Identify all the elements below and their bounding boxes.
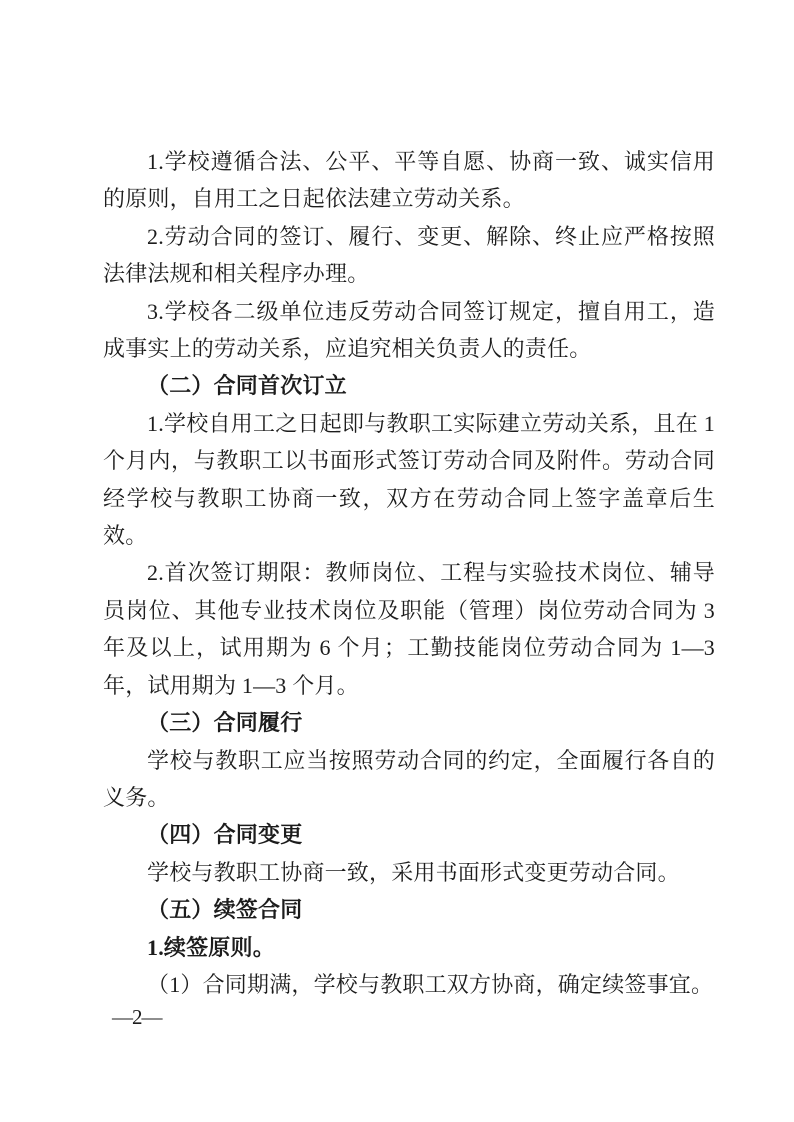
page-footer: —2— [112, 1005, 162, 1030]
document-body: 1.学校遵循合法、公平、平等自愿、协商一致、诚实信用的原则，自用工之日起依法建立… [103, 143, 715, 1003]
paragraph: 2.劳动合同的签订、履行、变更、解除、终止应严格按照法律法规和相关程序办理。 [103, 218, 715, 293]
heading: （五）续签合同 [103, 891, 715, 928]
page-number: —2— [112, 1005, 162, 1029]
subheading: 1.续签原则。 [103, 929, 715, 966]
paragraph: 学校与教职工协商一致，采用书面形式变更劳动合同。 [103, 854, 715, 891]
paragraph: 2.首次签订期限：教师岗位、工程与实验技术岗位、辅导员岗位、其他专业技术岗位及职… [103, 554, 715, 704]
heading: （三）合同履行 [103, 704, 715, 741]
paragraph: 1.学校遵循合法、公平、平等自愿、协商一致、诚实信用的原则，自用工之日起依法建立… [103, 143, 715, 218]
paragraph: 3.学校各二级单位违反劳动合同签订规定，擅自用工，造成事实上的劳动关系，应追究相… [103, 293, 715, 368]
paragraph: （1）合同期满，学校与教职工双方协商，确定续签事宜。 [103, 966, 715, 1003]
paragraph: 1.学校自用工之日起即与教职工实际建立劳动关系，且在 1 个月内，与教职工以书面… [103, 405, 715, 555]
heading: （二）合同首次订立 [103, 367, 715, 404]
heading: （四）合同变更 [103, 816, 715, 853]
paragraph: 学校与教职工应当按照劳动合同的约定，全面履行各自的义务。 [103, 742, 715, 817]
document-page: 1.学校遵循合法、公平、平等自愿、协商一致、诚实信用的原则，自用工之日起依法建立… [0, 0, 794, 1122]
